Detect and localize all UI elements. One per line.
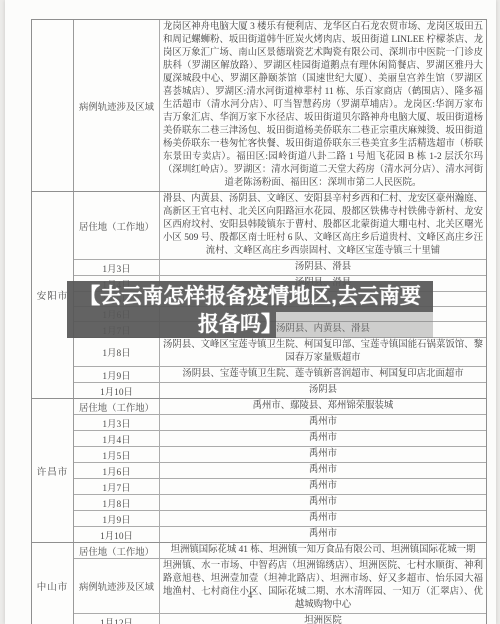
table-row: 1月5日禹州市 [74,447,486,463]
table-row: 1月3日禹州市 [74,415,486,431]
city-label-cell: 中山市 [32,543,74,624]
row-label: 1月10日 [74,527,160,542]
row-content: 坦洲医院 [160,614,486,624]
page-number: 4 [0,591,500,601]
city-label-cell: 许昌市 [32,399,74,542]
row-label: 病例轨迹涉及区域 [74,559,160,613]
row-label: 1月6日 [74,463,160,478]
table-row: 居住地（工作地）禹州市、鄢陵县、郑州锦荣服装城 [74,399,486,415]
row-content-text: 禹州市 [163,512,483,525]
row-label: 病例轨迹涉及区域 [74,20,160,191]
row-content: 龙岗区神舟电脑大厦 3 楼乐有便利店、龙华区白石龙农贸市场、龙岗区坂田五和周记螺… [160,20,486,191]
row-label: 居住地（工作地） [74,192,160,259]
table-section: 中山市居住地（工作地）坦洲镇国际花城 41 栋、坦洲镇一知万食品有限公司、坦洲镇… [32,543,486,624]
section-rows: 病例轨迹涉及区域龙岗区神舟电脑大厦 3 楼乐有便利店、龙华区白石龙农贸市场、龙岗… [74,20,486,191]
table-row: 居住地（工作地）坦洲镇国际花城 41 栋、坦洲镇一知万食品有限公司、坦洲镇国际花… [74,543,486,559]
city-label-cell [32,20,74,191]
table-row: 1月4日禹州市 [74,431,486,447]
row-content-text: 禹州市 [163,416,483,429]
row-content: 汤阴县、文峰区宝莲寺镇卫生院、柯国复印部、宝莲寺镇国能石锅菜饭馆、黎园春万家量贩… [160,338,486,366]
watermark-banner-line2: 报备吗】 [150,312,330,338]
row-content: 禹州市 [160,479,486,494]
row-label: 1月8日 [74,495,160,510]
row-content-text: 坦洲镇国际花城 41 栋、坦洲镇一知万食品有限公司、坦洲镇国际花城一期 [163,544,483,557]
row-label: 居住地（工作地） [74,399,160,414]
table-row: 1月3日汤阴县、滑县 [74,260,486,276]
row-content: 汤阴县、宝莲寺镇卫生院、莲寺镇新喜润超市、柯国复印店北面超市 [160,367,486,382]
row-content-text: 汤阴县、滑县 [163,261,483,274]
row-content: 禹州市 [160,431,486,446]
row-content-text: 禹州市 [163,448,483,461]
section-rows: 居住地（工作地）坦洲镇国际花城 41 栋、坦洲镇一知万食品有限公司、坦洲镇国际花… [74,543,486,624]
row-label: 1月10日 [74,383,160,398]
table-section: 病例轨迹涉及区域龙岗区神舟电脑大厦 3 楼乐有便利店、龙华区白石龙农贸市场、龙岗… [32,20,486,192]
table-row: 居住地（工作地）滑县、内黄县、汤阴县、文峰区、安阳县辛村乡西和仁村、龙安区豪州瀚… [74,192,486,260]
table-row: 1月6日禹州市 [74,463,486,479]
row-content-text: 坦洲医院 [163,615,483,624]
table-row: 1月10日禹州市 [74,527,486,542]
row-content-text: 禹州市、鄢陵县、郑州锦荣服装城 [163,400,483,413]
row-content: 禹州市 [160,415,486,430]
row-content-text: 禹州市 [163,432,483,445]
row-content: 坦洲镇国际花城 41 栋、坦洲镇一知万食品有限公司、坦洲镇国际花城一期 [160,543,486,558]
row-label: 1月3日 [74,415,160,430]
row-content: 禹州市 [160,463,486,478]
table-row: 1月8日汤阴县、文峰区宝莲寺镇卫生院、柯国复印部、宝莲寺镇国能石锅菜饭馆、黎园春… [74,338,486,367]
row-content-text: 禹州市 [163,480,483,493]
row-content: 滑县、内黄县、汤阴县、文峰区、安阳县辛村乡西和仁村、龙安区豪州瀚庭、高新区王官屯… [160,192,486,259]
row-label: 1月9日 [74,367,160,382]
row-label: 居住地（工作地） [74,543,160,558]
row-label: 1月5日 [74,447,160,462]
row-content: 汤阴县 [160,383,486,398]
table-row: 1月10日汤阴县 [74,383,486,398]
table-row: 1月9日汤阴县、宝莲寺镇卫生院、莲寺镇新喜润超市、柯国复印店北面超市 [74,367,486,383]
row-label: 1月4日 [74,431,160,446]
row-label: 1月12日 [74,614,160,624]
row-content: 禹州市 [160,511,486,526]
row-content-text: 禹州市 [163,496,483,509]
row-label: 1月7日 [74,479,160,494]
row-content-text: 坦洲镇、水一市场、中智药店（坦洲锦绣店）、坦洲医院、七村水顺街、神利路意旭巷、坦… [163,560,483,612]
row-content-text: 龙岗区神舟电脑大厦 3 楼乐有便利店、龙华区白石龙农贸市场、龙岗区坂田五和周记螺… [163,21,483,190]
row-label: 1月9日 [74,511,160,526]
row-content: 汤阴县、滑县 [160,260,486,275]
row-content-text: 禹州市 [163,528,483,541]
row-content-text: 汤阴县、文峰区宝莲寺镇卫生院、柯国复印部、宝莲寺镇国能石锅菜饭馆、黎园春万家量贩… [163,339,483,365]
table-row: 1月9日禹州市 [74,511,486,527]
table-row: 1月8日禹州市 [74,495,486,511]
row-content-text: 汤阴县、宝莲寺镇卫生院、莲寺镇新喜润超市、柯国复印店北面超市 [163,368,483,381]
row-content: 禹州市、鄢陵县、郑州锦荣服装城 [160,399,486,414]
section-rows: 居住地（工作地）禹州市、鄢陵县、郑州锦荣服装城1月3日禹州市1月4日禹州市1月5… [74,399,486,542]
row-content-text: 汤阴县 [163,384,483,397]
table-row: 1月12日坦洲医院 [74,614,486,624]
row-content: 坦洲镇、水一市场、中智药店（坦洲锦绣店）、坦洲医院、七村水顺街、神利路意旭巷、坦… [160,559,486,613]
table-row: 病例轨迹涉及区域龙岗区神舟电脑大厦 3 楼乐有便利店、龙华区白石龙农贸市场、龙岗… [74,20,486,191]
row-label: 1月3日 [74,260,160,275]
row-content: 禹州市 [160,495,486,510]
row-content-text: 禹州市 [163,464,483,477]
watermark-banner-line1: 【去云南怎样报备疫情地区,去云南要 [67,281,433,312]
table-section: 许昌市居住地（工作地）禹州市、鄢陵县、郑州锦荣服装城1月3日禹州市1月4日禹州市… [32,399,486,543]
row-content: 禹州市 [160,447,486,462]
table-row: 1月7日禹州市 [74,479,486,495]
row-label: 1月8日 [74,338,160,366]
table-row: 病例轨迹涉及区域坦洲镇、水一市场、中智药店（坦洲锦绣店）、坦洲医院、七村水顺街、… [74,559,486,614]
row-content-text: 滑县、内黄县、汤阴县、文峰区、安阳县辛村乡西和仁村、龙安区豪州瀚庭、高新区王官屯… [163,193,483,258]
row-content: 禹州市 [160,527,486,542]
